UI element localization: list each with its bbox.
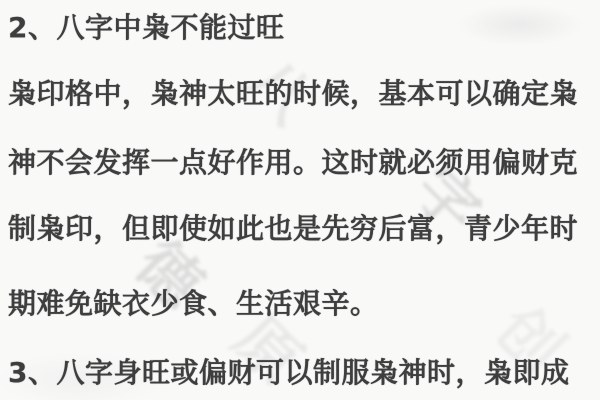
article-text: 2、八字中枭不能过旺 枭印格中，枭神太旺的时候，基本可以确定枭 神不会发挥一点好… bbox=[0, 0, 600, 400]
section-heading-3: 3、八字身旺或偏财可以制服枭神时，枭即成 bbox=[8, 351, 570, 391]
body-line-4: 期难免缺衣少食、生活艰辛。 bbox=[8, 282, 379, 322]
body-line-2: 神不会发挥一点好作用。这时就必须用偏财克 bbox=[8, 141, 578, 181]
body-line-1: 枭印格中，枭神太旺的时候，基本可以确定枭 bbox=[8, 72, 578, 112]
section-heading-2: 2、八字中枭不能过旺 bbox=[8, 6, 284, 46]
body-line-3: 制枭印，但即使如此也是先穷后富，青少年时 bbox=[8, 207, 578, 247]
article-page: 八 德 字 原 创 2、八字中枭不能过旺 枭印格中，枭神太旺的时候，基本可以确定… bbox=[0, 0, 600, 400]
